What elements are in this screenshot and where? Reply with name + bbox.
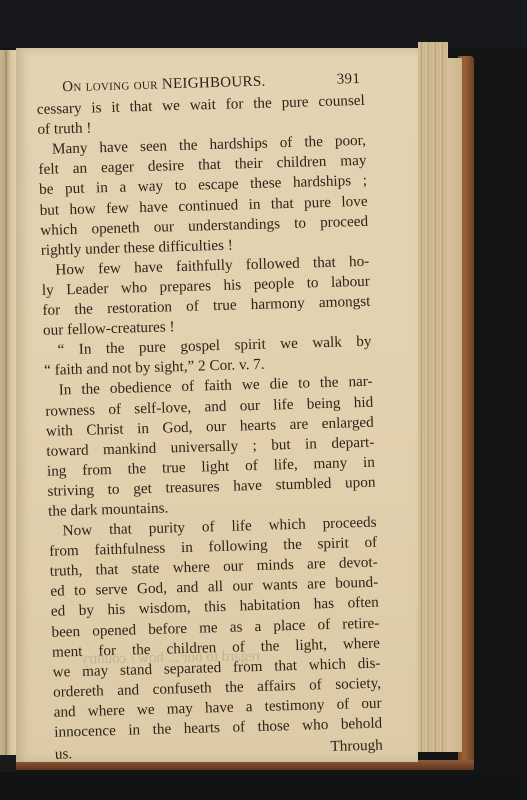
page-number: 391 — [336, 69, 360, 90]
left-page-edge — [0, 50, 16, 762]
catchword: Through — [330, 736, 383, 758]
page-stack-edge — [418, 42, 448, 752]
text-line: us. — [55, 744, 73, 765]
background-bottom — [0, 772, 527, 800]
background-top — [0, 0, 527, 48]
running-head-title: On loving our NEIGHBOURS. — [62, 72, 266, 98]
bleed-through-text: regard to our ... how / country — [60, 648, 260, 668]
page-stack-inner — [448, 58, 462, 752]
